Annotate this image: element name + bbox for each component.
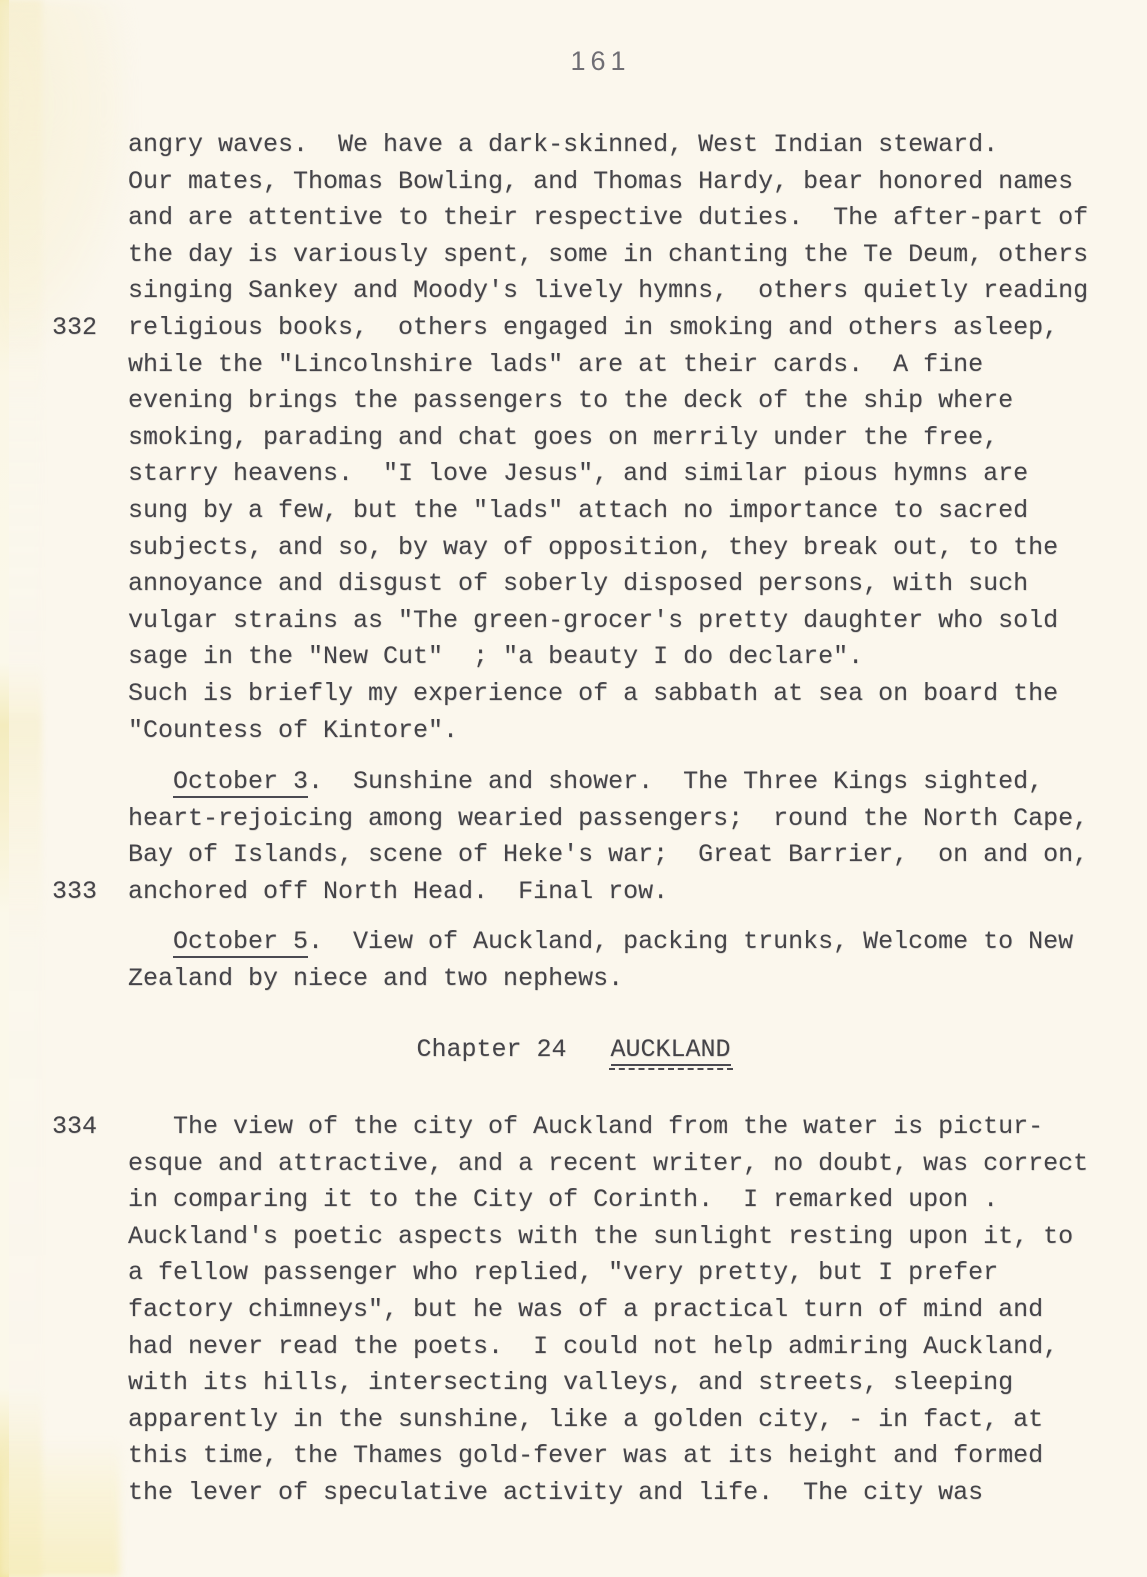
text-line: starry heavens. "I love Jesus", and simi… — [128, 456, 1113, 493]
text-line: had never read the poets. I could not he… — [128, 1329, 1113, 1366]
text-line: vulgar strains as "The green-grocer's pr… — [128, 603, 1113, 640]
margin-number-333: 333 — [52, 874, 122, 911]
text-line: angry waves. We have a dark-skinned, Wes… — [128, 127, 1113, 164]
text-line: while the "Lincolnshire lads" are at the… — [128, 347, 1113, 384]
paragraph-october-3: October 3. Sunshine and shower. The Thre… — [128, 764, 1113, 910]
text-line: a fellow passenger who replied, "very pr… — [128, 1255, 1113, 1292]
text-line: "Countess of Kintore". — [128, 713, 1113, 750]
text-line: religious books, others engaged in smoki… — [128, 310, 1113, 347]
text-line: the lever of speculative activity and li… — [128, 1475, 1113, 1512]
chapter-title-underlined: AUCKLAND — [611, 1035, 731, 1066]
text-line: the day is variously spent, some in chan… — [128, 237, 1113, 274]
text-line: Auckland's poetic aspects with the sunli… — [128, 1219, 1113, 1256]
text-line: and are attentive to their respective du… — [128, 200, 1113, 237]
scan-edge-tint-thin — [0, 0, 9, 1577]
text-line: anchored off North Head. Final row. — [128, 874, 1113, 911]
chapter-heading: Chapter 24AUCKLAND — [0, 1032, 1147, 1069]
document-page: 161 332 333 334 angry waves. We have a d… — [0, 0, 1147, 1577]
text-line: apparently in the sunshine, like a golde… — [128, 1402, 1113, 1439]
text-line: Zealand by niece and two nephews. — [128, 961, 1113, 998]
text-line: Bay of Islands, scene of Heke's war; Gre… — [128, 837, 1113, 874]
text-line: evening brings the passengers to the dec… — [128, 383, 1113, 420]
page-number: 161 — [27, 46, 1147, 77]
text-line: Such is briefly my experience of a sabba… — [128, 676, 1113, 713]
text-line: factory chimneys", but he was of a pract… — [128, 1292, 1113, 1329]
margin-number-332: 332 — [52, 310, 122, 347]
scan-edge-tint-wide — [0, 0, 42, 1577]
text-line: with its hills, intersecting valleys, an… — [128, 1365, 1113, 1402]
text-line: annoyance and disgust of soberly dispose… — [128, 566, 1113, 603]
text-line: October 3. Sunshine and shower. The Thre… — [128, 764, 1113, 801]
text-line: singing Sankey and Moody's lively hymns,… — [128, 273, 1113, 310]
text-segment: . View of Auckland, packing trunks, Welc… — [308, 927, 1073, 956]
paragraph-auckland-view: The view of the city of Auckland from th… — [128, 1109, 1113, 1512]
text-line: sung by a few, but the "lads" attach no … — [128, 493, 1113, 530]
text-line: heart-rejoicing among wearied passengers… — [128, 801, 1113, 838]
chapter-label: Chapter 24 — [416, 1035, 566, 1064]
text-line: The view of the city of Auckland from th… — [128, 1109, 1113, 1146]
text-line: Our mates, Thomas Bowling, and Thomas Ha… — [128, 164, 1113, 201]
paragraph-october-5: October 5. View of Auckland, packing tru… — [128, 924, 1113, 997]
text-segment: . Sunshine and shower. The Three Kings s… — [308, 767, 1043, 796]
paragraph-sabbath-at-sea: angry waves. We have a dark-skinned, Wes… — [128, 127, 1113, 749]
date-underlined: October 3 — [173, 767, 308, 798]
scan-corner-tint-bottom — [0, 1438, 120, 1577]
margin-number-334: 334 — [52, 1109, 122, 1146]
text-line: in comparing it to the City of Corinth. … — [128, 1182, 1113, 1219]
text-line: sage in the "New Cut" ; "a beauty I do d… — [128, 639, 1113, 676]
text-line: subjects, and so, by way of opposition, … — [128, 530, 1113, 567]
text-line: smoking, parading and chat goes on merri… — [128, 420, 1113, 457]
text-line: October 5. View of Auckland, packing tru… — [128, 924, 1113, 961]
date-underlined: October 5 — [173, 927, 308, 958]
text-line: esque and attractive, and a recent write… — [128, 1146, 1113, 1183]
text-line: this time, the Thames gold-fever was at … — [128, 1438, 1113, 1475]
